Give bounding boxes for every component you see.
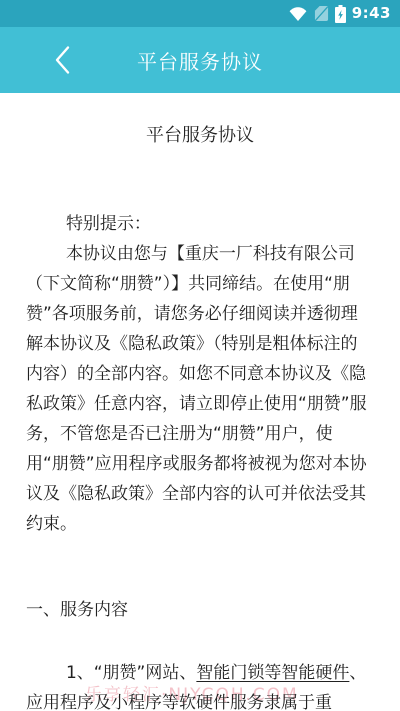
- service-item-1: 1、“朋赞”网站、智能门锁等智能硬件、应用程序及小程序等软硬件服务隶属于重: [26, 658, 374, 711]
- document-title: 平台服务协议: [26, 125, 374, 147]
- wifi-icon: [288, 6, 308, 22]
- status-bar: 9:43: [0, 0, 400, 27]
- agreement-content[interactable]: 平台服务协议 特别提示： 本协议由您与【重庆一厂科技有限公司（下文简称“朋赞”）…: [0, 125, 400, 711]
- item1-text-prefix: 1、“朋赞”网站、: [66, 663, 196, 683]
- status-time: 9:43: [352, 0, 391, 27]
- app-header: 平台服务协议: [0, 27, 400, 93]
- back-chevron-icon: [54, 45, 71, 75]
- section1-heading: 一、服务内容: [26, 595, 374, 625]
- smart-lock-link[interactable]: 智能门锁等智能硬件: [196, 663, 349, 683]
- back-button[interactable]: [46, 44, 78, 76]
- notice-heading: 特别提示：: [26, 209, 374, 239]
- battery-charging-icon: [335, 5, 346, 23]
- header-title: 平台服务协议: [137, 46, 263, 75]
- no-sim-icon: [314, 5, 329, 22]
- app-screen: 9:43 平台服务协议 平台服务协议 特别提示： 本协议由您与【重庆一厂科技有限…: [0, 0, 400, 711]
- intro-paragraph: 本协议由您与【重庆一厂科技有限公司（下文简称“朋赞”）】共同缔结。在使用“朋赞”…: [26, 239, 374, 539]
